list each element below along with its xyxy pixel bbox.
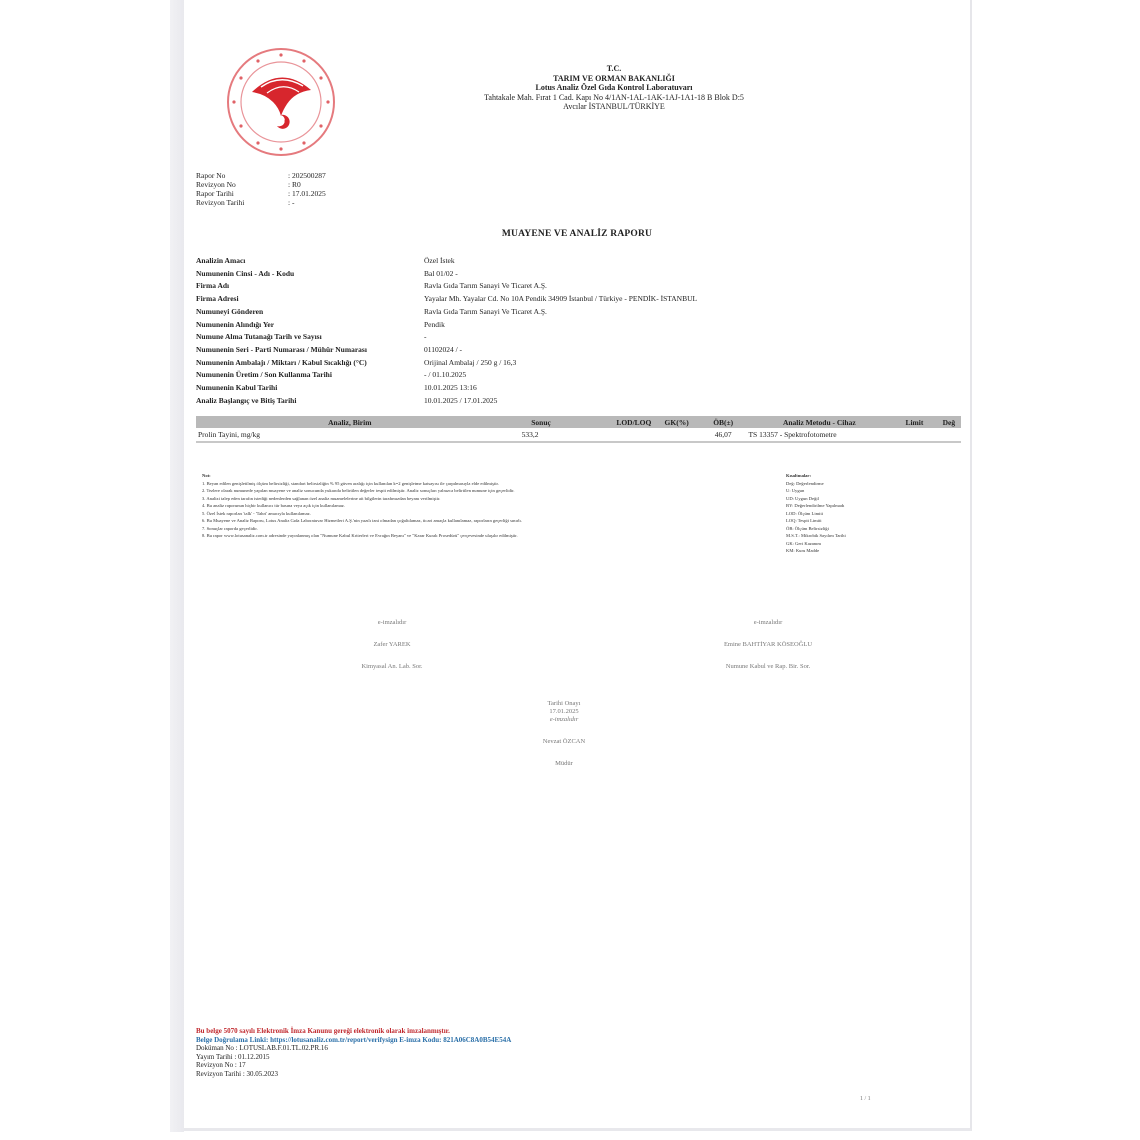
meta-value: : - <box>288 198 294 207</box>
meta-label: Revizyon Tarihi <box>196 198 288 207</box>
report-page: T.C. TARIM VE ORMAN BAKANLIĞI Lotus Anal… <box>184 0 972 1131</box>
info-value: Orijinal Ambalaj / 250 g / 16,3 <box>424 357 516 370</box>
signature-left: e-imzalıdır Zafer YAREK Kimyasal An. Lab… <box>272 612 512 678</box>
note-item: 7. Sonuçlar raporda geçerlidir. <box>202 525 722 533</box>
info-label: Numunenin Alındığı Yer <box>196 319 424 332</box>
abbreviations-section: Kısaltmalar: Değ: Değerlendirme U: Uygun… <box>786 472 846 555</box>
cell-ob: 46,07 <box>700 428 747 442</box>
results-header-row: Analiz, Birim Sonuç LOD/LOQ GK(%) ÖB(±) … <box>196 416 961 428</box>
document-footer: Bu belge 5070 sayılı Elektronik İmza Kan… <box>196 1027 511 1079</box>
col-eval: Değ <box>937 416 961 428</box>
signature-role: Numune Kabul ve Rap. Bir. Sor. <box>648 656 888 678</box>
note-item: 4. Bu analiz raporunun hiçbir kullanıcı … <box>202 502 722 510</box>
meta-label: Rapor No <box>196 171 288 180</box>
signature-center: Tarihi Onayı 17.01.2025 e-imzalıdır Nevz… <box>484 700 644 768</box>
signature-name: Emine BAHTİYAR KÖSEOĞLU <box>648 634 888 656</box>
cell-analysis: Prolin Tayini, mg/kg <box>196 428 504 442</box>
header-ministry: TARIM VE ORMAN BAKANLIĞI <box>424 74 804 84</box>
col-analysis: Analiz, Birim <box>196 416 504 428</box>
col-limit: Limit <box>892 416 937 428</box>
cell-limit <box>892 428 937 442</box>
meta-label: Rapor Tarihi <box>196 189 288 198</box>
info-label: Numunenin Kabul Tarihi <box>196 382 424 395</box>
signature-role: Kimyasal An. Lab. Sor. <box>272 656 512 678</box>
cell-lod-loq <box>578 428 653 442</box>
ministry-emblem-icon <box>225 46 337 158</box>
approval-role: Müdür <box>484 760 644 768</box>
cell-gk <box>653 428 700 442</box>
cell-result: 533,2 <box>504 428 579 442</box>
info-value: Pendik <box>424 319 445 332</box>
info-value: - / 01.10.2025 <box>424 369 466 382</box>
col-gk: GK(%) <box>653 416 700 428</box>
header-city: Avcılar İSTANBUL/TÜRKİYE <box>424 102 804 112</box>
abbreviation-item: BY: Değerlendirilme Yapılmadı <box>786 502 846 510</box>
info-value: 10.01.2025 / 17.01.2025 <box>424 395 497 408</box>
info-label: Firma Adı <box>196 280 424 293</box>
meta-value: : 17.01.2025 <box>288 189 326 198</box>
info-value: Bal 01/02 - <box>424 268 458 281</box>
abbreviations-title: Kısaltmalar: <box>786 472 846 480</box>
approval-label: Tarihi Onayı <box>484 700 644 708</box>
table-row: Prolin Tayini, mg/kg 533,2 46,07 TS 1335… <box>196 428 961 442</box>
page-number: 1 / 1 <box>860 1096 871 1102</box>
info-label: Numunenin Cinsi - Adı - Kodu <box>196 268 424 281</box>
signature-stamp: e-imzalıdır <box>648 612 888 634</box>
col-result: Sonuç <box>504 416 579 428</box>
info-value: Ravla Gıda Tarım Sanayi Ve Ticaret A.Ş. <box>424 306 547 319</box>
note-item: 8. Bu rapor www.lotusanaliz.com.tr adres… <box>202 532 722 540</box>
info-label: Numunenin Üretim / Son Kullanma Tarihi <box>196 369 424 382</box>
approval-stamp: e-imzalıdır <box>484 716 644 724</box>
signature-stamp: e-imzalıdır <box>272 612 512 634</box>
note-item: 1. Beyan edilen genişletilmiş ölçüm beli… <box>202 480 722 488</box>
col-method: Analiz Metodu - Cihaz <box>746 416 892 428</box>
revision-number: Revizyon No : 17 <box>196 1061 511 1070</box>
info-value: Özel İstek <box>424 255 455 268</box>
report-meta: Rapor No: 202500287 Revizyon No: R0 Rapo… <box>196 171 326 207</box>
info-value: - <box>424 331 427 344</box>
notes-section: Not: 1. Beyan edilen genişletilmiş ölçüm… <box>202 472 722 540</box>
info-label: Numunenin Ambalajı / Miktarı / Kabul Sıc… <box>196 357 424 370</box>
info-label: Analiz Başlangıç ve Bitiş Tarihi <box>196 395 424 408</box>
abbreviation-item: ÖB: Ölçüm Belirsizliği <box>786 525 846 533</box>
signature-name: Zafer YAREK <box>272 634 512 656</box>
info-value: Ravla Gıda Tarım Sanayi Ve Ticaret A.Ş. <box>424 280 547 293</box>
report-title: MUAYENE VE ANALİZ RAPORU <box>184 229 970 239</box>
cell-eval <box>937 428 961 442</box>
info-label: Analizin Amacı <box>196 255 424 268</box>
abbreviation-item: LOQ: Tespit Limiti <box>786 517 846 525</box>
info-value: 10.01.2025 13:16 <box>424 382 477 395</box>
verify-link[interactable]: Belge Doğrulama Linki: https://lotusanal… <box>196 1036 511 1045</box>
results-table: Analiz, Birim Sonuç LOD/LOQ GK(%) ÖB(±) … <box>196 416 961 443</box>
meta-value: : 202500287 <box>288 171 326 180</box>
note-item: 5. Özel İstek raporları 'talk' - 'Tahri'… <box>202 510 722 518</box>
meta-value: : R0 <box>288 180 301 189</box>
lab-header: T.C. TARIM VE ORMAN BAKANLIĞI Lotus Anal… <box>424 64 804 112</box>
meta-label: Revizyon No <box>196 180 288 189</box>
abbreviation-item: LOD: Ölçüm Limiti <box>786 510 846 518</box>
abbreviation-item: M.S.T.: Mikrobik Sayılım Tarihi <box>786 532 846 540</box>
doc-number: Doküman No : LOTUSLAB.F.01.TL.02.PR.16 <box>196 1044 511 1053</box>
abbreviation-item: Değ: Değerlendirme <box>786 480 846 488</box>
abbreviation-item: KM: Kuru Madde <box>786 547 846 555</box>
note-item: 2. Tezlere olarak numunede yapılan muaye… <box>202 487 722 495</box>
info-label: Numune Alma Tutanağı Tarih ve Sayısı <box>196 331 424 344</box>
info-label: Firma Adresi <box>196 293 424 306</box>
notes-title: Not: <box>202 472 722 480</box>
approval-date: 17.01.2025 <box>484 708 644 716</box>
note-item: 3. Analizi talep eden tarafın istediği n… <box>202 495 722 503</box>
info-value: Yayalar Mh. Yayalar Cd. No 10A Pendik 34… <box>424 293 697 306</box>
cell-method: TS 13357 - Spektrofotometre <box>746 428 892 442</box>
info-label: Numunenin Seri - Parti Numarası / Mühür … <box>196 344 424 357</box>
abbreviation-item: U: Uygun <box>786 487 846 495</box>
info-value: 01102024 / - <box>424 344 462 357</box>
note-item: 6. Bu Muayene ve Analiz Raporu, Lotus An… <box>202 517 722 525</box>
esign-notice: Bu belge 5070 sayılı Elektronik İmza Kan… <box>196 1027 511 1036</box>
info-label: Numuneyi Gönderen <box>196 306 424 319</box>
col-lod-loq: LOD/LOQ <box>578 416 653 428</box>
approval-name: Nevzat ÖZCAN <box>484 738 644 746</box>
header-lab-name: Lotus Analiz Özel Gıda Kontrol Laboratuv… <box>424 83 804 93</box>
col-ob: ÖB(±) <box>700 416 747 428</box>
header-tc: T.C. <box>424 64 804 74</box>
signature-right: e-imzalıdır Emine BAHTİYAR KÖSEOĞLU Numu… <box>648 612 888 678</box>
sample-info: Analizin AmacıÖzel İstek Numunenin Cinsi… <box>196 255 697 407</box>
page-shadow <box>170 0 184 1132</box>
revision-date: Revizyon Tarihi : 30.05.2023 <box>196 1070 511 1079</box>
publish-date: Yayım Tarihi : 01.12.2015 <box>196 1053 511 1062</box>
abbreviation-item: UD: Uygun Değil <box>786 495 846 503</box>
header-address: Tahtakale Mah. Fırat 1 Cad. Kapı No 4/1A… <box>424 93 804 103</box>
abbreviation-item: GK: Geri Kazanım <box>786 540 846 548</box>
